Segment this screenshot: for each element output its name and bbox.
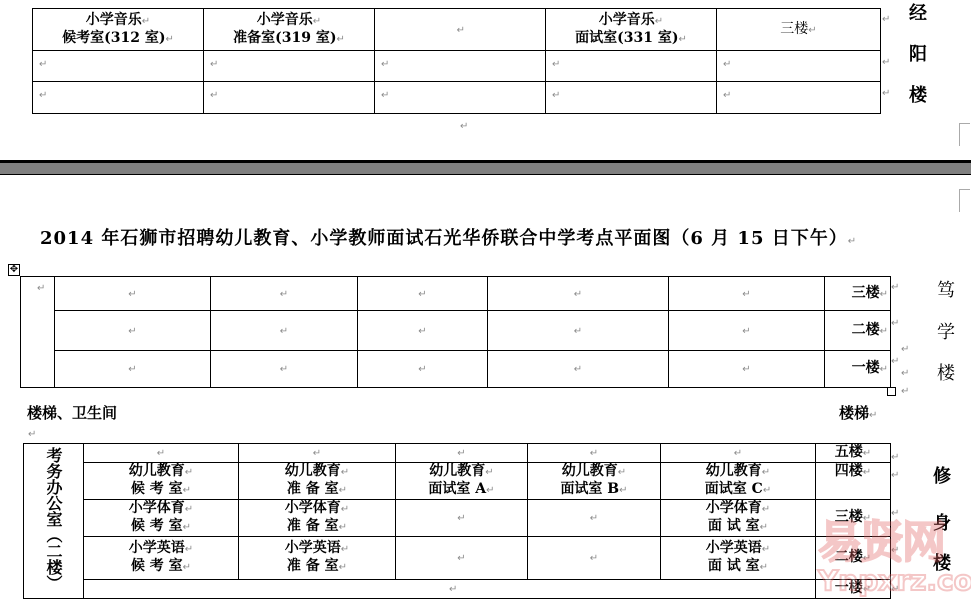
empty-cell: ↵ — [33, 51, 204, 82]
empty-cell: ↵ — [55, 311, 211, 351]
building-label-char: 笃 — [937, 282, 955, 300]
paragraph-mark: ↵ — [901, 386, 909, 397]
room-cell: 小学体育↵面 试 室↵ — [661, 500, 816, 537]
empty-cell: ↵ — [528, 500, 661, 537]
floor-label: 五楼↵ — [816, 444, 891, 463]
bottom-floor-table: 考务办公室（二楼） ↵ ↵ ↵ ↵ ↵ 五楼↵ 幼儿教育↵候 考 室↵ 幼儿教育… — [23, 443, 891, 599]
empty-cell: ↵ — [358, 311, 488, 351]
empty-cell: ↵ — [488, 351, 669, 388]
middle-floor-table: ↵ ↵ ↵ ↵ ↵ ↵ 三楼↵ ↵ ↵ ↵ ↵ ↵ 二楼↵ ↵ ↵ ↵ ↵ ↵ … — [20, 276, 891, 388]
empty-cell: ↵ — [396, 444, 528, 463]
empty-cell: ↵ — [211, 311, 358, 351]
paragraph-mark: ↵ — [882, 88, 890, 99]
empty-cell: ↵ — [528, 537, 661, 580]
top-floor-table: 小学音乐↵候考室(312 室)↵ 小学音乐↵准备室(319 室)↵ ↵ 小学音乐… — [32, 8, 881, 114]
empty-cell: ↵ — [33, 82, 204, 114]
paragraph-mark: ↵ — [28, 429, 36, 440]
paragraph-mark: ↵ — [891, 282, 899, 293]
room-cell: 小学英语↵候 考 室↵ — [84, 537, 239, 580]
room-cell: 幼儿教育↵准 备 室↵ — [239, 463, 396, 500]
empty-cell: ↵ — [358, 277, 488, 311]
empty-cell: ↵ — [204, 51, 375, 82]
floor-label: 四楼↵ — [816, 463, 891, 500]
table-move-handle[interactable]: ✥ — [8, 264, 20, 276]
empty-cell: ↵ — [358, 351, 488, 388]
empty-cell: ↵ — [84, 444, 239, 463]
floor-label: 三楼↵ — [717, 9, 881, 51]
building-label-char: 楼 — [937, 365, 955, 383]
room-header: 小学音乐↵候考室(312 室)↵ — [33, 9, 204, 51]
empty-cell: ↵ — [717, 82, 881, 114]
floor-label: 三楼↵ — [825, 277, 891, 311]
empty-cell: ↵ — [717, 51, 881, 82]
watermark-logo: 易贤网 — [818, 520, 971, 566]
empty-cell: ↵ — [375, 82, 546, 114]
building-label-char: 阳 — [909, 46, 927, 64]
empty-cell: ↵ — [204, 82, 375, 114]
room-header: ↵ — [375, 9, 546, 51]
paragraph-mark: ↵ — [891, 452, 899, 463]
room-cell: 小学英语↵准 备 室↵ — [239, 537, 396, 580]
empty-cell: ↵ — [239, 444, 396, 463]
margin-crop-mark — [959, 189, 970, 212]
empty-cell: ↵ — [84, 580, 816, 599]
room-cell: 小学体育↵准 备 室↵ — [239, 500, 396, 537]
exam-office-label: 考务办公室（二楼） — [45, 447, 62, 591]
empty-cell: ↵ — [669, 277, 825, 311]
watermark: 易贤网 Ynpxrz.com — [818, 520, 971, 604]
empty-cell: ↵ — [55, 277, 211, 311]
empty-cell: ↵ — [55, 351, 211, 388]
stair-column: ↵ — [21, 277, 55, 388]
building-label-char: 楼 — [909, 87, 927, 105]
paragraph-mark: ↵ — [891, 318, 899, 329]
exam-office-cell: 考务办公室（二楼） — [24, 444, 84, 599]
page-title: 2014 年石狮市招聘幼儿教育、小学教师面试石光华侨联合中学考点平面图（6 月 … — [40, 224, 857, 250]
empty-cell: ↵ — [546, 82, 717, 114]
paragraph-mark: ↵ — [901, 368, 909, 379]
room-cell: 幼儿教育↵候 考 室↵ — [84, 463, 239, 500]
paragraph-mark: ↵ — [460, 121, 468, 132]
room-cell: 小学英语↵面 试 室↵ — [661, 537, 816, 580]
empty-cell: ↵ — [528, 444, 661, 463]
empty-cell: ↵ — [211, 351, 358, 388]
empty-cell: ↵ — [396, 500, 528, 537]
room-header: 小学音乐↵面试室(331 室)↵ — [546, 9, 717, 51]
room-cell: 幼儿教育↵面试室 C↵ — [661, 463, 816, 500]
paragraph-mark: ↵ — [882, 57, 890, 68]
empty-cell: ↵ — [669, 311, 825, 351]
empty-cell: ↵ — [488, 277, 669, 311]
floor-label: 一楼↵ — [825, 351, 891, 388]
paragraph-mark: ↵ — [882, 14, 890, 25]
page-break — [0, 163, 971, 175]
paragraph-mark: ↵ — [901, 344, 909, 355]
room-cell: 小学体育↵候 考 室↵ — [84, 500, 239, 537]
watermark-url: Ynpxrz.com — [818, 566, 971, 596]
room-header: 小学音乐↵准备室(319 室)↵ — [204, 9, 375, 51]
stairs-restroom-label: 楼梯、卫生间 — [27, 402, 117, 423]
empty-cell: ↵ — [488, 311, 669, 351]
floor-label: 二楼↵ — [825, 311, 891, 351]
empty-cell: ↵ — [661, 444, 816, 463]
empty-cell: ↵ — [396, 537, 528, 580]
room-cell: 幼儿教育↵面试室 B↵ — [528, 463, 661, 500]
building-label-char: 经 — [909, 5, 927, 23]
paragraph-mark: ↵ — [891, 470, 899, 481]
empty-cell: ↵ — [546, 51, 717, 82]
table-resize-handle[interactable] — [887, 387, 896, 396]
building-label-char: 修 — [933, 468, 951, 486]
empty-cell: ↵ — [211, 277, 358, 311]
margin-crop-mark — [959, 123, 970, 146]
empty-cell: ↵ — [375, 51, 546, 82]
paragraph-mark: ↵ — [891, 356, 899, 367]
building-label-char: 学 — [937, 324, 955, 342]
stairs-label: 楼梯↵ — [839, 402, 877, 423]
empty-cell: ↵ — [669, 351, 825, 388]
room-cell: 幼儿教育↵面试室 A↵ — [396, 463, 528, 500]
